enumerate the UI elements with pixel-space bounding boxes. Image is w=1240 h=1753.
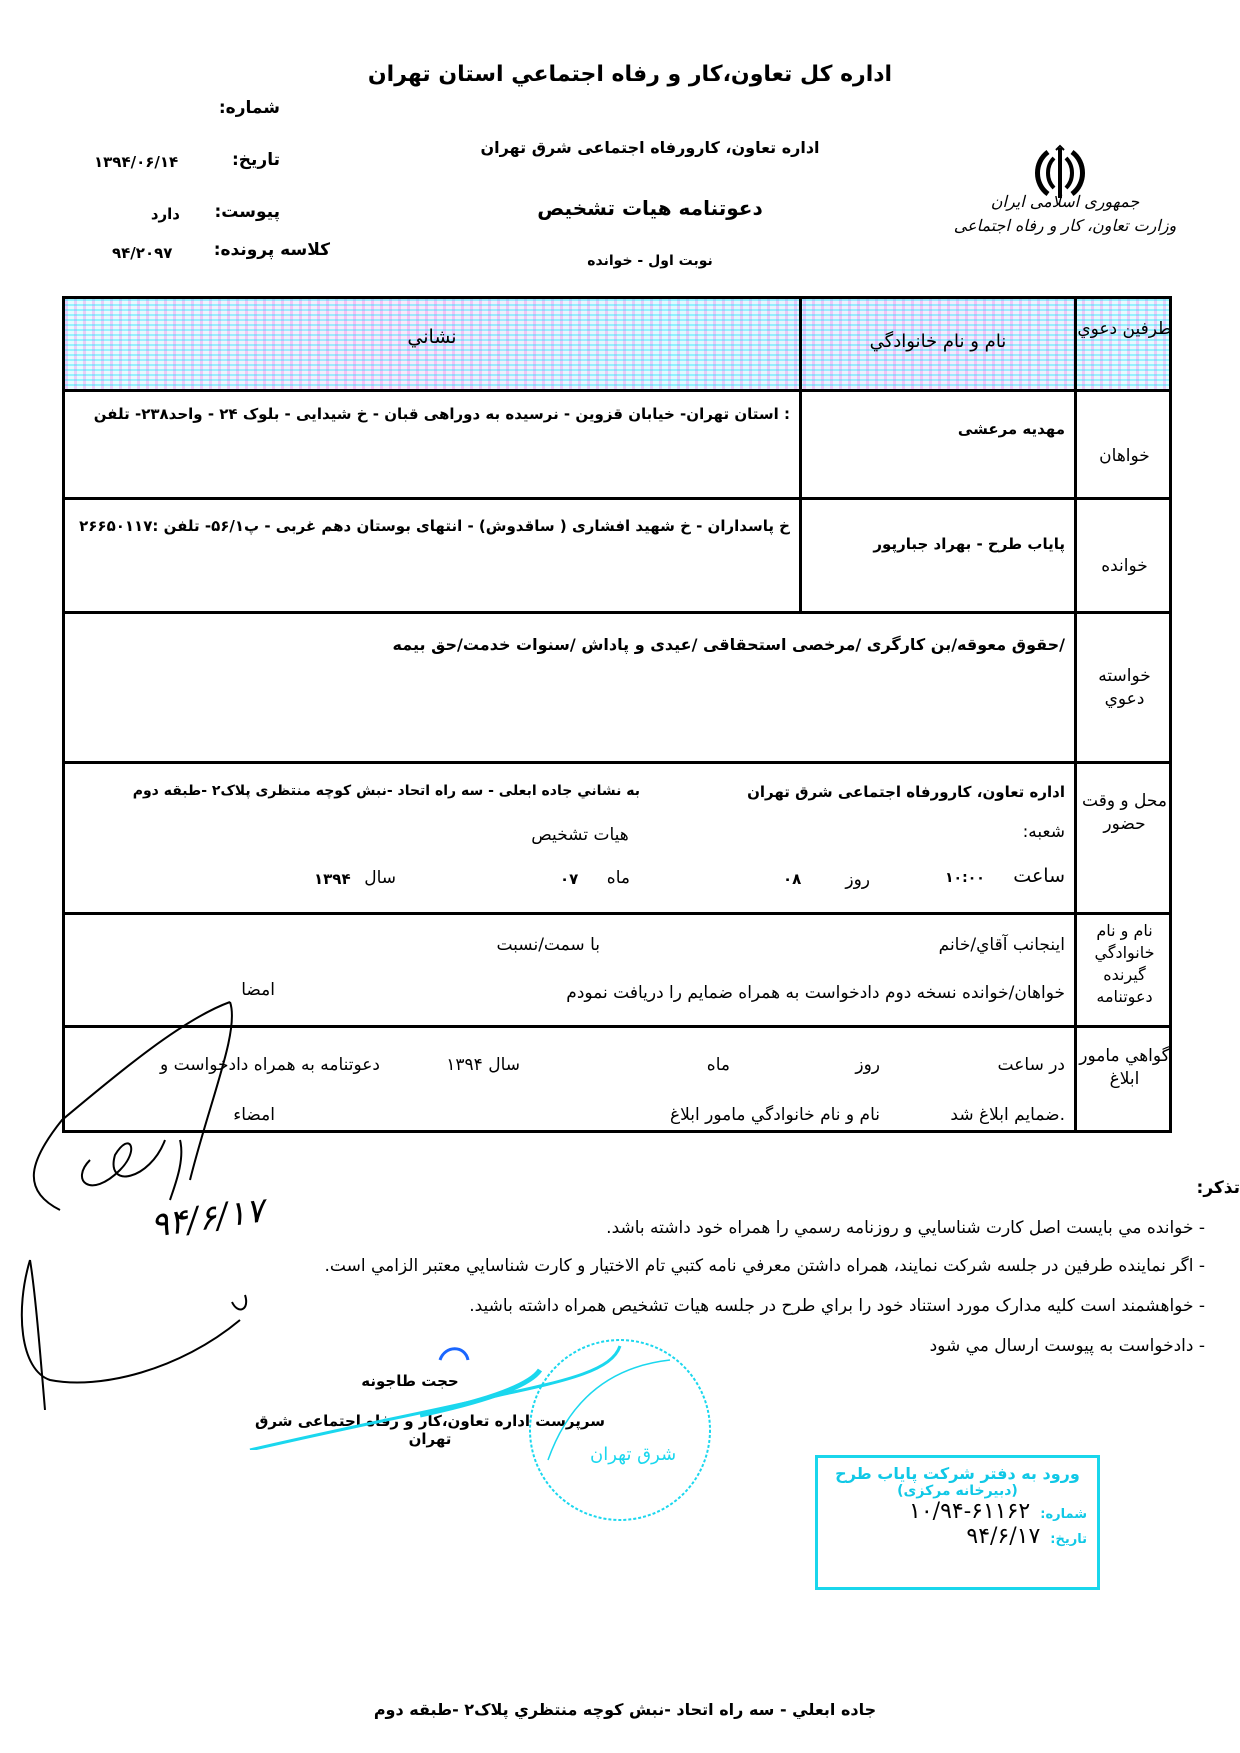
venue-office: اداره تعاون، کارورفاه اجتماعی شرق تهران (700, 783, 1065, 801)
officer-at-hour: در ساعت (950, 1055, 1065, 1075)
footer-address: جاده ابعلي - سه راه اتحاد -نبش کوچه منتظ… (300, 1700, 950, 1719)
row-divider (62, 497, 1172, 500)
header-parties: طرفين دعوي (1077, 318, 1172, 341)
row-divider (62, 611, 1172, 614)
note-item: - اگر نماينده طرفين در جلسه شرکت نمايند،… (100, 1256, 1205, 1276)
time-label: ساعت (990, 865, 1065, 887)
venue-address-text: جاده ابعلی - سه راه اتحاد -نبش کوچه منتظ… (133, 783, 573, 799)
officer-attachments-text: .ضمايم ابلاغ شد (900, 1105, 1065, 1125)
row-label-claim: خواسته دعوي (1077, 665, 1172, 711)
officer-year: سال ۱۳۹۴ (410, 1055, 520, 1075)
note-item: - خواهشمند است کليه مدارک مورد استناد خو… (200, 1296, 1205, 1316)
venue-address: به نشاني جاده ابعلی - سه راه اتحاد -نبش … (120, 783, 640, 799)
file-class-value: ۹۴/۲۰۹۷ (112, 244, 212, 262)
plaintiff-name: مهدیه مرعشی (810, 420, 1065, 438)
day-label: روز (820, 870, 870, 890)
notes-title: تذکر: (1100, 1178, 1240, 1198)
row-divider (62, 912, 1172, 915)
row-label-recipient: نام و نام خانوادگي گيرنده دعوتنامه (1077, 920, 1172, 1008)
signatory-name: حجت طاجونه (330, 1372, 490, 1390)
defendant-address: خ پاسداران - خ شهید افشاری ( ساقدوش) - ا… (72, 517, 790, 535)
officer-name-label: نام و نام خانوادگي مامور ابلاغ (580, 1105, 880, 1125)
officer-month: ماه (680, 1055, 730, 1075)
receipt-stamp: ورود به دفتر شرکت پایاب طرح (دبیرخانه مر… (815, 1455, 1100, 1590)
attachment-value: دارد (110, 205, 180, 223)
receipt-number-value: ۱۰/۹۴-۶۱۱۶۲ (909, 1499, 1030, 1524)
month-value: ۰۷ (560, 870, 590, 888)
recipient-mr-mrs: اينجانب آقاي/خانم (780, 935, 1065, 955)
attachment-label: پیوست: (200, 202, 280, 222)
branch-label: شعبه: (960, 822, 1065, 842)
date-value: ۱۳۹۴/۰۶/۱۴ (94, 153, 194, 171)
row-label-plaintiff: خواهان (1077, 445, 1172, 468)
ministry-line-2: وزارت تعاون، کار و رفاه اجتماعی (940, 214, 1190, 238)
recipient-acknowledgement: خواهان/خوانده نسخه دوم دادخواست به همراه… (430, 983, 1065, 1003)
row-divider (62, 389, 1172, 392)
svg-text:شرق تهران: شرق تهران (590, 1444, 676, 1465)
defendant-name: پایاب طرح - بهراد جبارپور (810, 535, 1065, 553)
officer-signature-label: امضاء (200, 1105, 275, 1125)
receipt-stamp-subtitle: (دبیرخانه مرکزی) (818, 1483, 1097, 1499)
header-address: نشاني (65, 326, 799, 349)
officer-day: روز (820, 1055, 880, 1075)
header-name: نام و نام خانوادگي (802, 330, 1074, 353)
recipient-position: با سمت/نسبت (400, 935, 600, 955)
month-label: ماه (590, 868, 630, 888)
plaintiff-address: : استان تهران- خیابان قزوین - نرسیده به … (72, 405, 790, 423)
claim-text: /حقوق معوقه/بن کارگری /مرخصی استحقاقی /ع… (72, 635, 1065, 654)
sub-office-name: اداره تعاون، کارورفاه اجتماعی شرق تهران (440, 138, 860, 157)
year-label: سال (356, 868, 396, 888)
document-title: دعوتنامه هیات تشخیص (440, 196, 860, 220)
note-item: - خوانده مي بايست اصل کارت شناسايي و روز… (200, 1218, 1205, 1238)
summons-round: نوبت اول - خوانده (480, 253, 820, 269)
row-divider (62, 1025, 1172, 1028)
ministry-line-1: جمهوری اسلامی ایران (940, 190, 1190, 214)
receipt-date-value: ۹۴/۶/۱۷ (966, 1524, 1040, 1549)
row-divider (62, 761, 1172, 764)
date-label: تاریخ: (200, 150, 280, 170)
venue-address-prefix: به نشاني (577, 783, 640, 799)
receipt-stamp-title: ورود به دفتر شرکت پایاب طرح (818, 1464, 1097, 1483)
ministry-name: جمهوری اسلامی ایران وزارت تعاون، کار و ر… (940, 190, 1190, 238)
row-label-officer: گواهي مامور ابلاغ (1077, 1045, 1172, 1091)
recipient-signature-label: امضا (215, 980, 275, 1000)
year-value: ۱۳۹۴ (314, 870, 359, 888)
day-value: ۰۸ (783, 870, 813, 888)
officer-summons-text: دعوتنامه به همراه دادخواست و (80, 1055, 380, 1075)
number-label: شماره: (200, 98, 280, 118)
time-value: ۱۰:۰۰ (945, 870, 990, 886)
office-round-stamp: شرق تهران (520, 1330, 720, 1530)
organization-title: اداره کل تعاون،کار و رفاه اجتماعي استان … (300, 62, 960, 87)
branch-value: هیات تشخیص (480, 825, 680, 845)
receipt-date-label: تاریخ: (1050, 1532, 1087, 1547)
row-label-venue: محل و وقت حضور (1077, 790, 1172, 836)
receipt-number-label: شماره: (1040, 1507, 1087, 1522)
row-label-defendant: خوانده (1077, 555, 1172, 578)
